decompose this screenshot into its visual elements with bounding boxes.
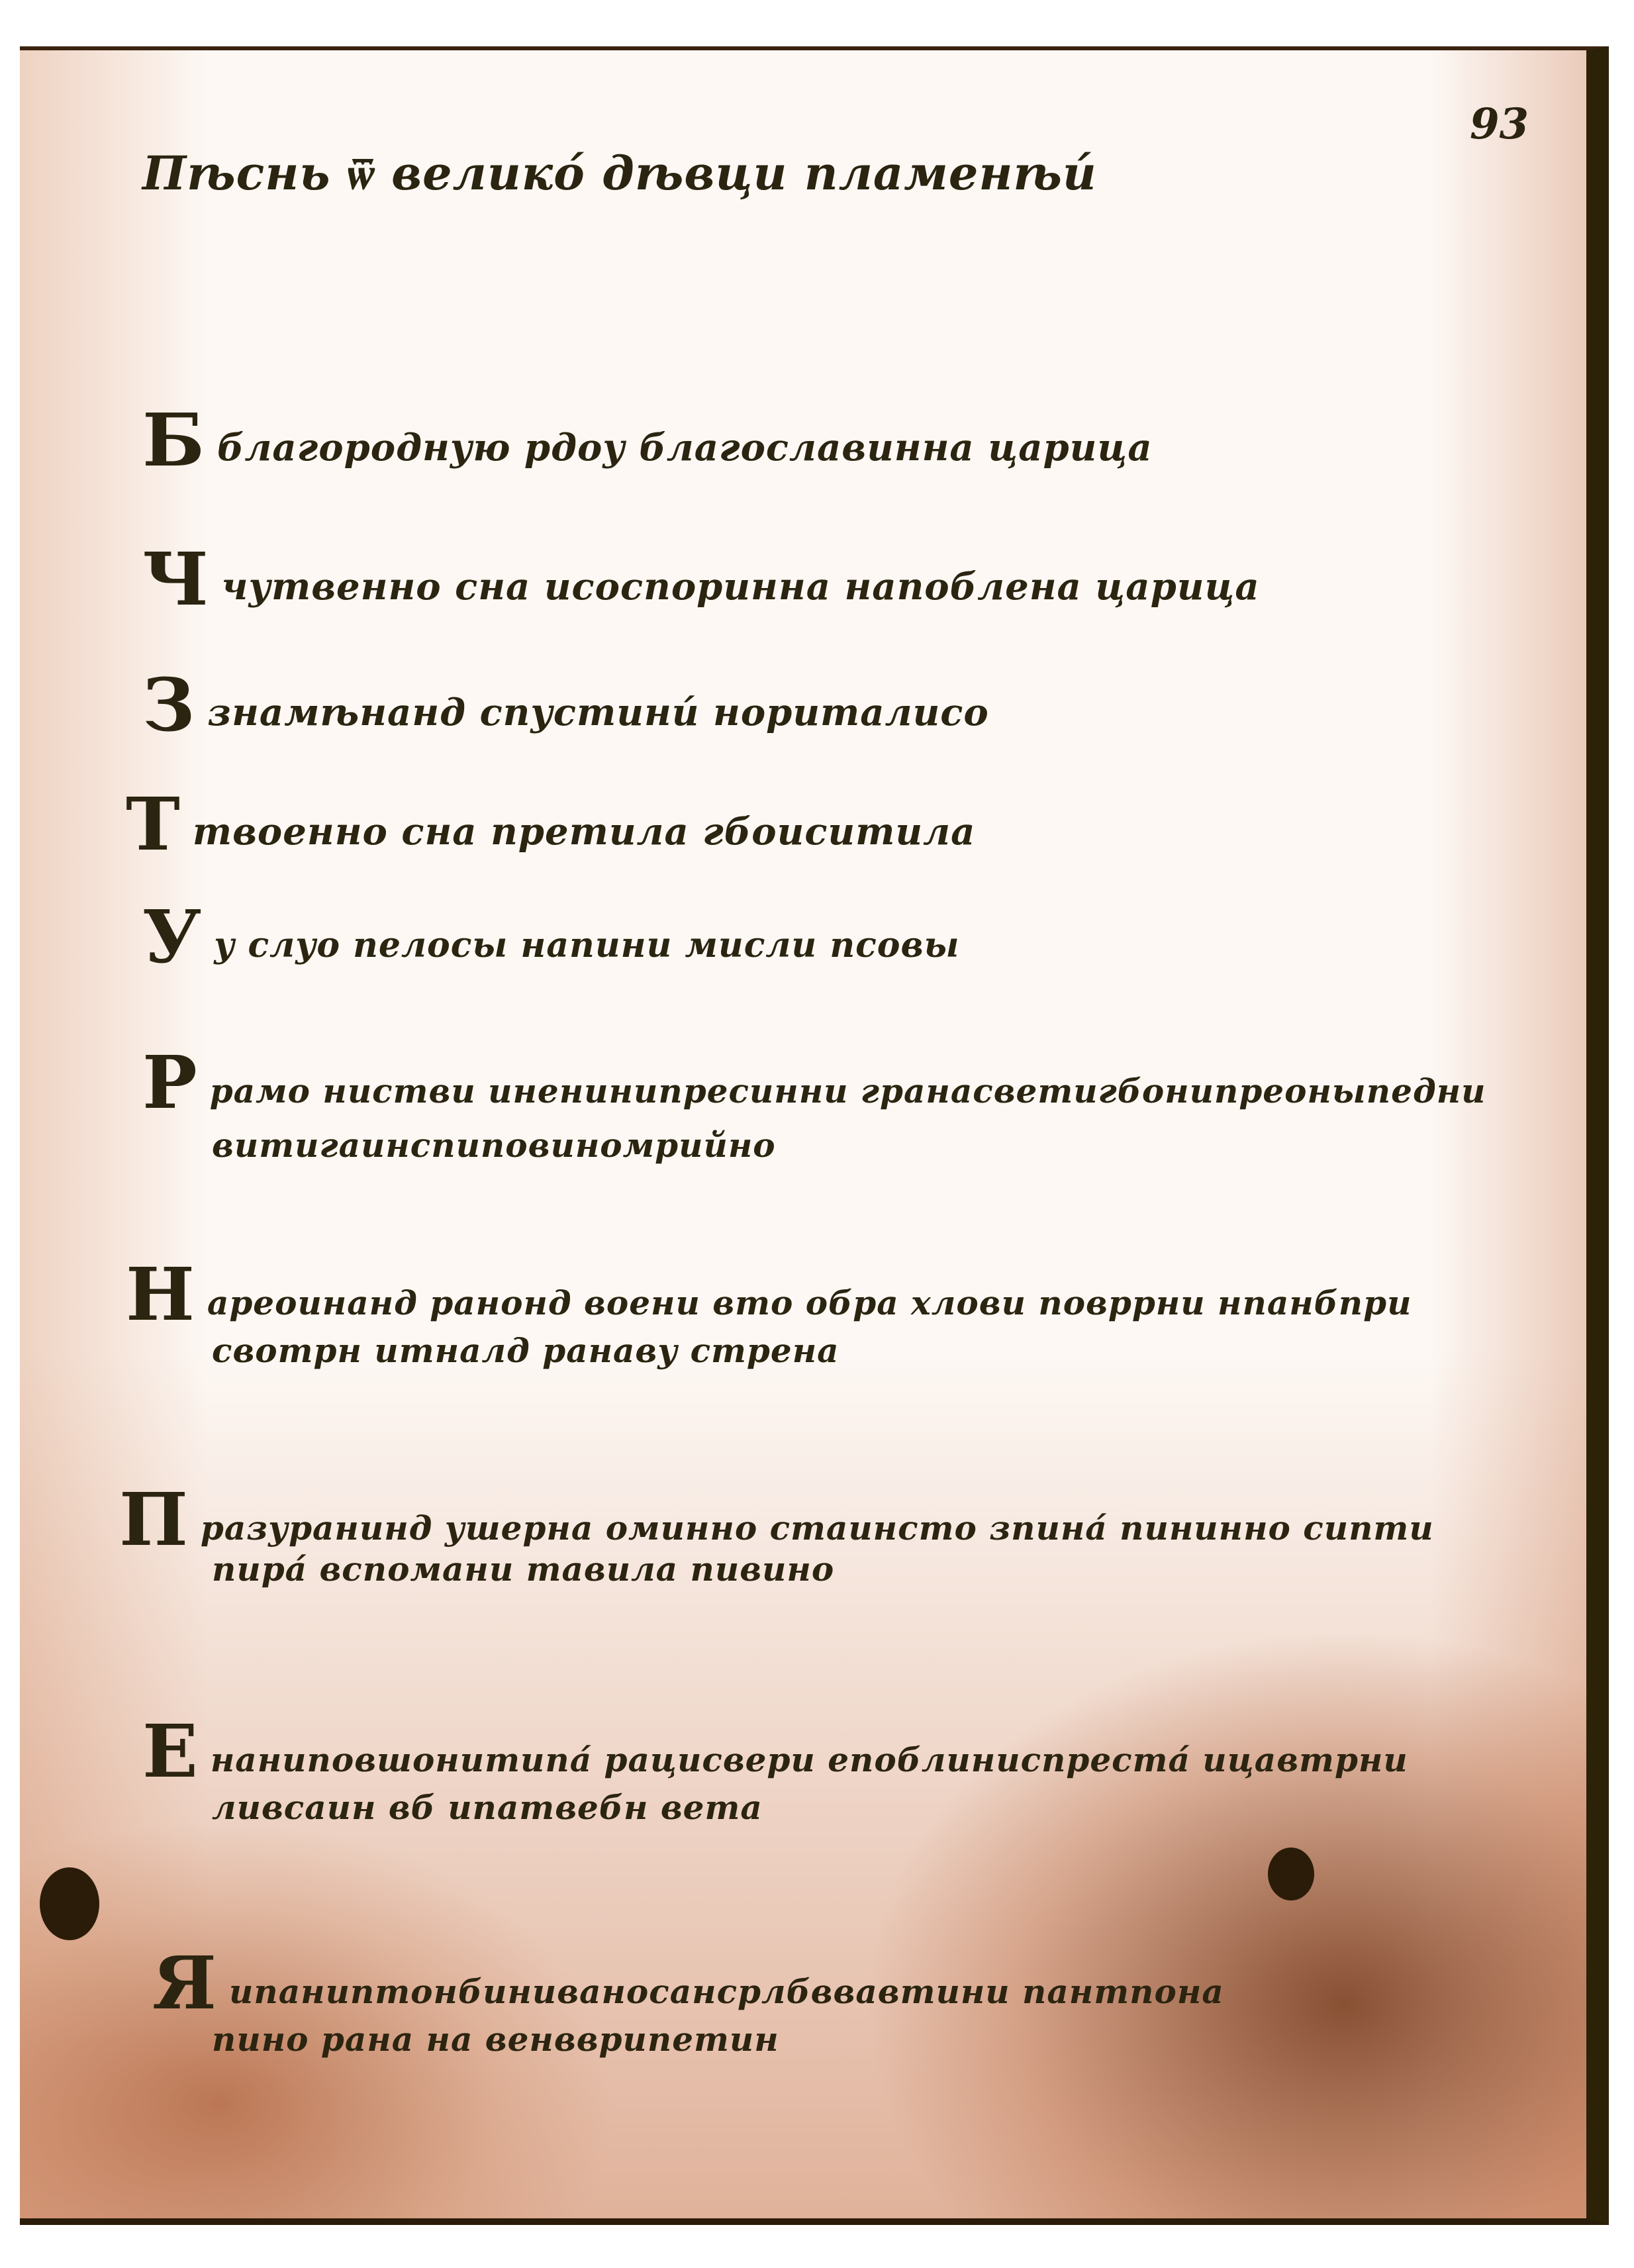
manuscript-heading: Пѣснь ѿ велико́ дѣвци пламенѣи́ (142, 146, 1097, 201)
page-number: 93 (1470, 99, 1529, 149)
ink-blot-left (40, 1867, 99, 1940)
stanza-text: пира́ вспомани тавила пивино (212, 1550, 834, 1589)
stanza-initial: Б (142, 397, 205, 483)
stanza-text: твоенно сна претила гбоиситила (193, 810, 976, 854)
stanza-line: Ззнамѣнанд спустини́ нориталисо (142, 662, 989, 748)
stanza-line: Нареоинанд ранонд воени вто обра хлови п… (126, 1252, 1412, 1337)
stanza-text: витигаинспиповиномрийно (212, 1126, 776, 1165)
stanza-line: Яипаниптонбиниваносансрлбввавтини пантпо… (152, 1940, 1224, 2026)
stanza-line: свотрн итналд ранаву стрена (212, 1331, 840, 1370)
stanza-text: благородную рдоу благославинна царица (217, 426, 1153, 469)
stanza-text: наниповшонитипа́ рацисвери епоблиниспрес… (211, 1740, 1408, 1779)
ink-blot-right (1268, 1848, 1314, 1900)
stanza-line: Ррамо нистви иненинипресинни гранасветиг… (142, 1040, 1486, 1125)
stanza-line: Ттвоенно сна претила гбоиситила (126, 781, 975, 867)
stanza-line: пино рана на венвврипетин (212, 2020, 779, 2059)
stanza-initial: Р (142, 1040, 198, 1125)
stanza-line: ливсаин вб ипатвебн вета (212, 1788, 763, 1827)
stanza-line: витигаинспиповиномрийно (212, 1126, 776, 1165)
stanza-text: знамѣнанд спустини́ нориталисо (207, 691, 988, 734)
stanza-initial: П (119, 1477, 189, 1562)
stanza-text: свотрн итналд ранаву стрена (212, 1331, 840, 1370)
stanza-text: пино рана на венвврипетин (212, 2020, 779, 2059)
stanza-initial: Е (142, 1708, 199, 1794)
stanza-text: чутвенно сна исоспоринна напоблена цариц… (221, 565, 1259, 609)
stanza-text: разуранинд ушерна оминно стаинсто зпина́… (201, 1508, 1434, 1548)
stanza-line: пира́ вспомани тавила пивино (212, 1550, 834, 1589)
stanza-initial: Ч (142, 536, 209, 622)
stanza-line: Бблагородную рдоу благославинна царица (142, 397, 1153, 483)
stanza-initial: Я (152, 1940, 217, 2026)
stanza-text: ареоинанд ранонд воени вто обра хлови по… (207, 1283, 1412, 1322)
stanza-line: Ччутвенно сна исоспоринна напоблена цари… (142, 536, 1260, 622)
stanza-initial: З (142, 662, 195, 748)
stanza-text: ипаниптонбиниваносансрлбввавтини пантпон… (229, 1972, 1224, 2011)
stanza-initial: Т (126, 781, 181, 867)
stanza-initial: У (142, 894, 202, 979)
stanza-line: Уу слуо пелосы напини мисли псовы (142, 894, 960, 979)
stanza-initial: Н (126, 1252, 195, 1337)
stanza-text: у слуо пелосы напини мисли псовы (214, 925, 959, 965)
stanza-line: Енаниповшонитипа́ рацисвери епоблиниспре… (142, 1708, 1408, 1794)
stanza-text: рамо нистви иненинипресинни гранасветигб… (210, 1071, 1486, 1110)
stanza-text: ливсаин вб ипатвебн вета (212, 1788, 763, 1827)
